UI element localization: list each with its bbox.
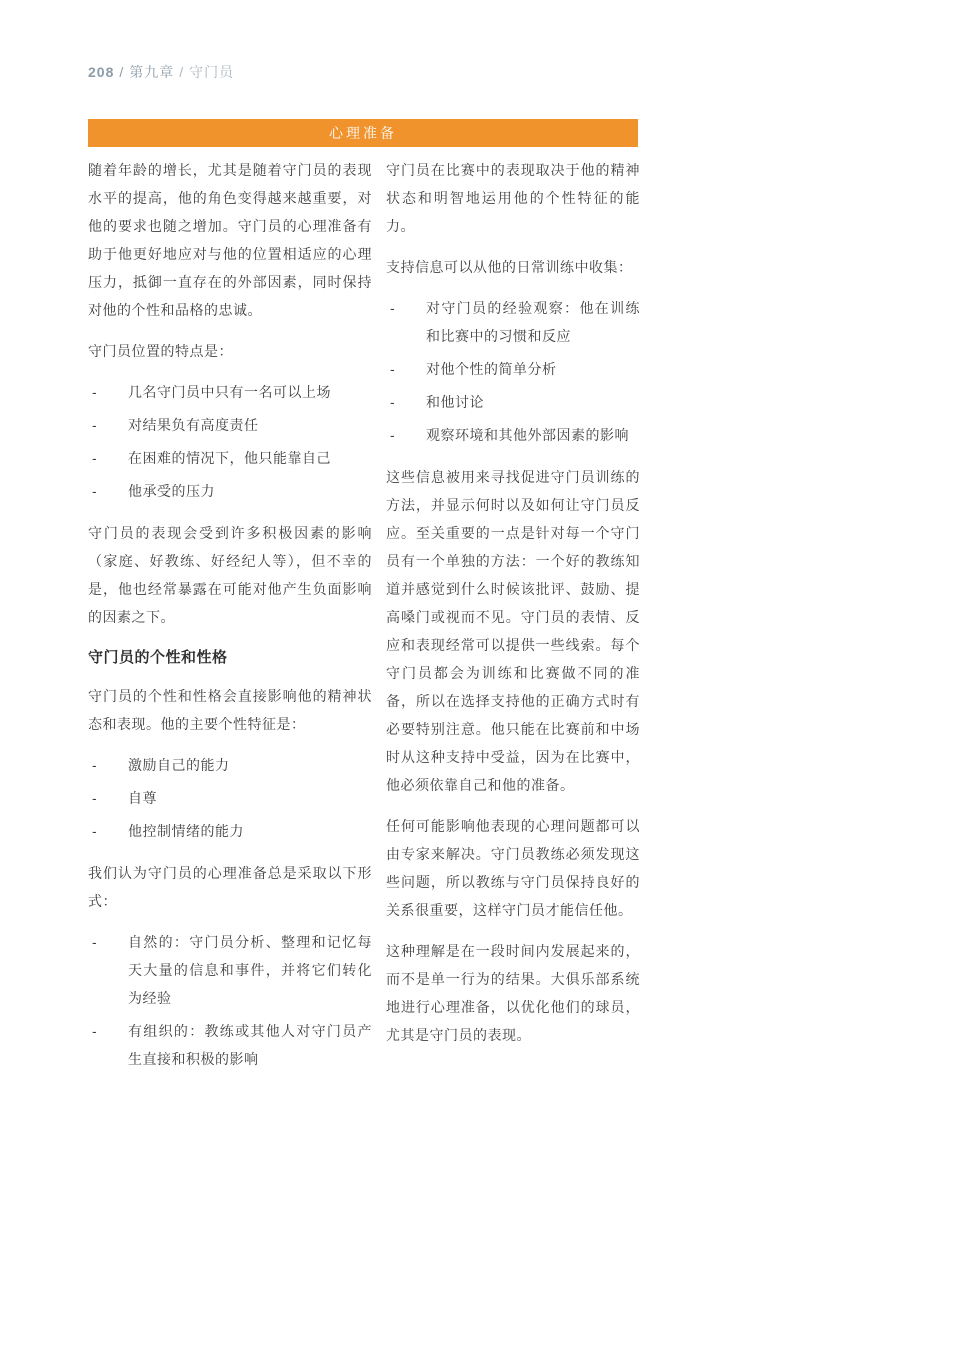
list-item: - 和他讨论: [386, 388, 640, 416]
bullet-text: 他承受的压力: [128, 477, 372, 505]
list-item: - 自然的：守门员分析、整理和记忆每天大量的信息和事件，并将它们转化为经验: [88, 928, 372, 1012]
bullet-text: 观察环境和其他外部因素的影响: [426, 421, 640, 449]
two-column-content: 随着年龄的增长，尤其是随着守门员的表现水平的提高，他的角色变得越来越重要，对他的…: [88, 156, 640, 1087]
list-item: - 他控制情绪的能力: [88, 817, 372, 845]
paragraph: 我们认为守门员的心理准备总是采取以下形式：: [88, 859, 372, 915]
list-item: - 他承受的压力: [88, 477, 372, 505]
banner-title: 心理准备: [329, 123, 397, 143]
paragraph: 任何可能影响他表现的心理问题都可以由专家来解决。守门员教练必须发现这些问题，所以…: [386, 812, 640, 924]
header-separator: /: [119, 64, 124, 80]
bullet-text: 对守门员的经验观察：他在训练和比赛中的习惯和反应: [426, 294, 640, 350]
bullet-marker: -: [88, 378, 128, 406]
bullet-marker: -: [88, 751, 128, 779]
paragraph: 这些信息被用来寻找促进守门员训练的方法，并显示何时以及如何让守门员反应。至关重要…: [386, 463, 640, 799]
bullet-marker: -: [88, 411, 128, 439]
bullet-text: 自然的：守门员分析、整理和记忆每天大量的信息和事件，并将它们转化为经验: [128, 928, 372, 1012]
bullet-marker: -: [386, 388, 426, 416]
left-column: 随着年龄的增长，尤其是随着守门员的表现水平的提高，他的角色变得越来越重要，对他的…: [88, 156, 372, 1087]
bullet-marker: -: [88, 928, 128, 1012]
list-item: - 对守门员的经验观察：他在训练和比赛中的习惯和反应: [386, 294, 640, 350]
header-separator: /: [179, 64, 184, 80]
bullet-text: 有组织的：教练或其他人对守门员产生直接和积极的影响: [128, 1017, 372, 1073]
bullet-marker: -: [88, 477, 128, 505]
bullet-text: 对他个性的简单分析: [426, 355, 640, 383]
paragraph: 守门员的个性和性格会直接影响他的精神状态和表现。他的主要个性特征是：: [88, 682, 372, 738]
bullet-text: 几名守门员中只有一名可以上场: [128, 378, 372, 406]
list-item: - 对他个性的简单分析: [386, 355, 640, 383]
document-page: 208/第九章/守门员 心理准备 随着年龄的增长，尤其是随着守门员的表现水平的提…: [0, 0, 959, 1356]
paragraph: 这种理解是在一段时间内发展起来的，而不是单一行为的结果。大俱乐部系统地进行心理准…: [386, 937, 640, 1049]
running-header: 208/第九章/守门员: [88, 62, 234, 82]
bullet-list: - 对守门员的经验观察：他在训练和比赛中的习惯和反应 - 对他个性的简单分析 -…: [386, 294, 640, 449]
list-item: - 对结果负有高度责任: [88, 411, 372, 439]
list-item: - 有组织的：教练或其他人对守门员产生直接和积极的影响: [88, 1017, 372, 1073]
bullet-text: 在困难的情况下，他只能靠自己: [128, 444, 372, 472]
bullet-marker: -: [88, 817, 128, 845]
right-column: 守门员在比赛中的表现取决于他的精神状态和明智地运用他的个性特征的能力。 支持信息…: [386, 156, 640, 1087]
bullet-marker: -: [88, 1017, 128, 1073]
bullet-text: 激励自己的能力: [128, 751, 372, 779]
subsection-heading: 守门员的个性和性格: [88, 644, 372, 672]
list-item: - 观察环境和其他外部因素的影响: [386, 421, 640, 449]
bullet-text: 自尊: [128, 784, 372, 812]
chapter-label: 第九章: [129, 64, 174, 80]
bullet-text: 他控制情绪的能力: [128, 817, 372, 845]
section-banner: 心理准备: [88, 119, 638, 147]
paragraph: 守门员的表现会受到许多积极因素的影响（家庭、好教练、好经纪人等），但不幸的是，他…: [88, 519, 372, 631]
bullet-list: - 自然的：守门员分析、整理和记忆每天大量的信息和事件，并将它们转化为经验 - …: [88, 928, 372, 1073]
bullet-marker: -: [88, 784, 128, 812]
bullet-text: 对结果负有高度责任: [128, 411, 372, 439]
bullet-list: - 几名守门员中只有一名可以上场 - 对结果负有高度责任 - 在困难的情况下，他…: [88, 378, 372, 505]
paragraph: 守门员位置的特点是：: [88, 337, 372, 365]
bullet-marker: -: [386, 355, 426, 383]
list-item: - 自尊: [88, 784, 372, 812]
paragraph: 支持信息可以从他的日常训练中收集：: [386, 253, 640, 281]
bullet-marker: -: [386, 421, 426, 449]
bullet-marker: -: [88, 444, 128, 472]
bullet-text: 和他讨论: [426, 388, 640, 416]
list-item: - 在困难的情况下，他只能靠自己: [88, 444, 372, 472]
section-label: 守门员: [189, 64, 234, 80]
paragraph: 守门员在比赛中的表现取决于他的精神状态和明智地运用他的个性特征的能力。: [386, 156, 640, 240]
bullet-list: - 激励自己的能力 - 自尊 - 他控制情绪的能力: [88, 751, 372, 845]
list-item: - 几名守门员中只有一名可以上场: [88, 378, 372, 406]
paragraph: 随着年龄的增长，尤其是随着守门员的表现水平的提高，他的角色变得越来越重要，对他的…: [88, 156, 372, 324]
page-number: 208: [88, 64, 114, 80]
bullet-marker: -: [386, 294, 426, 350]
list-item: - 激励自己的能力: [88, 751, 372, 779]
